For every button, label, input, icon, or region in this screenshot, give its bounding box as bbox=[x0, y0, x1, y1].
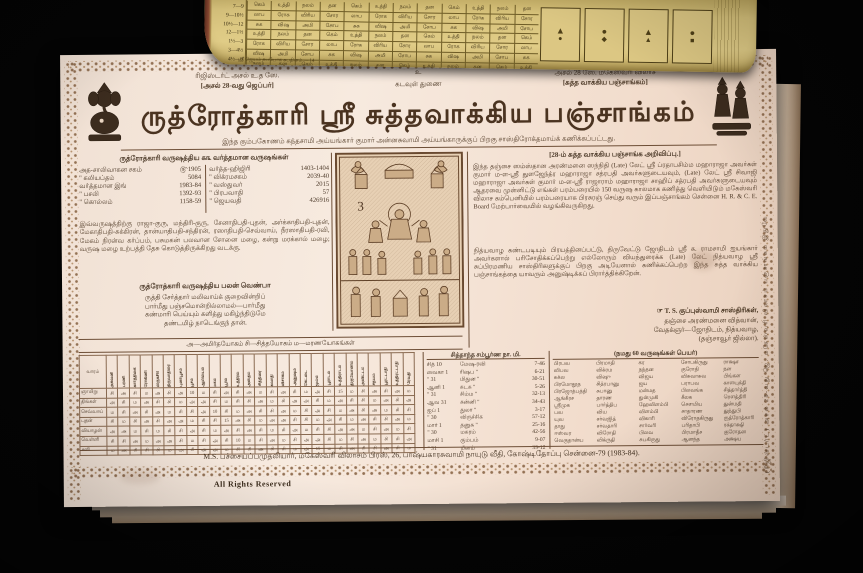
yoga-legend: அ—அமிர்தயோகம் சி—சித்தயோகம் ம—மரணயோகங்கள… bbox=[79, 339, 463, 350]
yoga-cell: ம bbox=[152, 426, 163, 436]
yoga-cell: அ bbox=[244, 425, 255, 435]
sixty-grid: பிரபவபிரமாதிகரசோபகிருதுராக்ஷசவிபவவிக்ரமந… bbox=[553, 359, 766, 445]
nakshatra-header: அனுஷம் bbox=[289, 354, 301, 387]
woodcut-number: 3 bbox=[357, 198, 364, 213]
yoga-cell: சி bbox=[380, 415, 391, 425]
strip-footer-note: ஸ்ரீ ஜெயம் சுபயோக சுபதினம் — 14 bbox=[238, 57, 315, 64]
era-name: அத-சாலிவாகன சகம் bbox=[79, 166, 142, 174]
yoga-cell: சி bbox=[358, 405, 369, 415]
yoga-cell: சி bbox=[141, 407, 152, 417]
gowri-cell: நலம் bbox=[368, 32, 392, 42]
nakshatra-header: ரேவதி bbox=[403, 353, 415, 386]
yoga-cell: அ bbox=[369, 405, 380, 415]
yoga-cell: அ bbox=[232, 416, 243, 426]
era-value: 1983-84 bbox=[179, 182, 201, 190]
yoga-cell: ம bbox=[129, 398, 140, 408]
yoga-cell: அ bbox=[164, 436, 175, 446]
yoga-cell: அ bbox=[380, 395, 391, 405]
yoga-cell: ம bbox=[312, 415, 323, 425]
yoga-cell: சி bbox=[392, 434, 403, 444]
yoga-cell: அ bbox=[152, 407, 163, 417]
yoga-cell: ம bbox=[335, 434, 346, 444]
gowri-cell: தன bbox=[295, 31, 319, 41]
yoga-cell: அ bbox=[152, 388, 163, 398]
yoga-cell: சி bbox=[129, 388, 140, 398]
gowri-cell: அமி bbox=[368, 51, 392, 61]
yoga-cell: அ bbox=[346, 424, 357, 434]
gowri-cell: தன bbox=[489, 34, 513, 44]
yoga-cell: அ bbox=[346, 405, 357, 415]
deity-thumbnail: ▲● bbox=[540, 7, 581, 62]
yoga-cell: அ bbox=[130, 436, 141, 446]
era-row: " கொல்லம்1158-59 bbox=[79, 198, 201, 207]
gowri-cell: சோப bbox=[489, 53, 513, 63]
yoga-cell: சி bbox=[369, 424, 380, 434]
yoga-cell: அ bbox=[107, 427, 118, 437]
nakshatra-label: அனுஷம் bbox=[292, 369, 296, 387]
gowri-cell: உத்தி bbox=[441, 33, 465, 43]
deity-thumbnail: ●◆ bbox=[584, 8, 625, 63]
gowri-cell: ரோக bbox=[271, 11, 295, 21]
yoga-cell: சி bbox=[278, 425, 289, 435]
gowri-cell: சுக bbox=[441, 23, 465, 33]
samvatsara-name: ஆனந்த bbox=[681, 437, 723, 444]
gowri-cell: சோர bbox=[417, 13, 441, 23]
gowri-cell: விரிய bbox=[270, 40, 294, 50]
yoga-cell: சி bbox=[106, 388, 117, 398]
gowri-cell: கெம் bbox=[247, 1, 271, 11]
nakshatra-label: உத்திரட்டாதி bbox=[395, 361, 399, 385]
nakshatra-header: அவிட்டம் bbox=[357, 353, 369, 386]
nakshatra-label: அஸ்தம் bbox=[247, 371, 251, 386]
gowri-cell: ரோக bbox=[246, 40, 270, 50]
yoga-header-row: வாரம்அசுவனிபரணிகார்த்திகைரோகிணிமிருகசீரி… bbox=[79, 353, 414, 389]
yoga-cell: ம bbox=[369, 395, 380, 405]
nakshatra-header: மகம் bbox=[209, 354, 221, 387]
yoga-cell: அ bbox=[335, 396, 346, 406]
yoga-cell: அ bbox=[221, 387, 232, 397]
nakshatra-label: மிருகசீரி bbox=[156, 371, 160, 387]
weekday-label: வெள்ளி bbox=[80, 436, 107, 446]
yoga-cell: சி bbox=[278, 396, 289, 406]
yoga-cell: அ bbox=[358, 415, 369, 425]
yoga-cell: சி bbox=[209, 387, 220, 397]
yoga-cell: ம bbox=[369, 434, 380, 444]
yoga-cell: அ bbox=[210, 435, 221, 445]
deity-thumbnail: ●■ bbox=[672, 9, 713, 64]
era-value: ௹1905 bbox=[180, 166, 201, 174]
yoga-cell: ம bbox=[323, 396, 334, 406]
yoga-cell: சி bbox=[266, 387, 277, 397]
gowri-cell: விஷ bbox=[368, 22, 392, 32]
yoga-cell: ம bbox=[300, 386, 311, 396]
yoga-cell: சி bbox=[255, 406, 266, 416]
nakshatra-label: ஆயில்யம் bbox=[201, 367, 205, 387]
yoga-cell: அ bbox=[118, 426, 129, 436]
yoga-cell: சி bbox=[323, 405, 334, 415]
yoga-cell: சி bbox=[118, 436, 129, 446]
transit-table-title: சித்தாந்த சம்பூர்ண நா. மி. bbox=[427, 351, 545, 360]
nakshatra-label: சதயம் bbox=[372, 373, 376, 385]
yoga-cell: சி bbox=[403, 424, 415, 434]
nakshatra-header: மிருகசீரி bbox=[152, 355, 164, 388]
yoga-cell: அ bbox=[381, 424, 392, 434]
yoga-cell: சி bbox=[324, 434, 335, 444]
deity-woodcut-illustration: 3 bbox=[335, 152, 465, 329]
nakshatra-header: சுவாதி bbox=[266, 354, 278, 387]
yoga-cell: அ bbox=[369, 386, 380, 396]
gowri-cell: சோர bbox=[514, 15, 538, 25]
gowri-cell: சுக bbox=[416, 52, 440, 62]
yoga-cell: ம bbox=[392, 424, 403, 434]
nakshatra-label: பரணி bbox=[121, 376, 125, 388]
sixty-years-title: (நமது 60 வருஷங்கள் பெயர்) bbox=[553, 349, 759, 359]
sixty-years-table: பிரபவபிரமாதிகரசோபகிருதுராக்ஷசவிபவவிக்ரமந… bbox=[553, 359, 760, 445]
gowri-cell: லாப bbox=[514, 44, 538, 54]
gowri-cell: ரோக bbox=[368, 12, 392, 22]
announcement-paragraph-1: இந்த தஞ்சை ஸம்ஸ்தான அரண்மனை ஸந்நிதி (Lat… bbox=[473, 161, 757, 212]
yoga-cell: அ bbox=[289, 396, 300, 406]
nakshatra-label: சித்திரை bbox=[258, 371, 262, 387]
yoga-cell: சி bbox=[152, 397, 163, 407]
nakshatra-label: திருவோணம் bbox=[349, 360, 353, 385]
yoga-cell: ம bbox=[346, 386, 357, 396]
gowri-cell: நலம் bbox=[271, 30, 295, 40]
yoga-cell: அ bbox=[403, 434, 415, 444]
nakshatra-label: ரேவதி bbox=[406, 373, 410, 386]
yoga-cell: அ bbox=[152, 436, 163, 446]
margin-vertical-note: (ரிஜிஸ்டர்ட்) அசல் 28-வது ஜெ. மகேஸ்வரி வ… bbox=[760, 93, 775, 473]
yoga-grid: வாரம்அசுவனிபரணிகார்த்திகைரோகிணிமிருகசீரி… bbox=[79, 352, 416, 456]
yoga-cell: சி bbox=[186, 407, 197, 417]
nakshatra-header: பூரம் bbox=[220, 354, 232, 387]
yoga-cell: ம bbox=[289, 406, 300, 416]
transit-table: சித் 10மேஷ-ரவி7-46வைகா 1ரிஷப "6-21" 31மி… bbox=[427, 361, 546, 453]
gowri-cell: தன bbox=[514, 5, 538, 15]
strip-margin-lines bbox=[714, 0, 741, 72]
nakshatra-header: உத்திரட்டாதி bbox=[391, 353, 403, 386]
yoga-cell: அ bbox=[141, 397, 152, 407]
era-value: 426916 bbox=[310, 196, 330, 204]
yoga-cell: சி bbox=[221, 406, 232, 416]
gowri-cell: உத்தி bbox=[466, 4, 490, 14]
signature-name: ☞ T. S. குப்புஸ்வாமி சாஸ்திரிகள், bbox=[514, 307, 758, 318]
yoga-cell: 10 bbox=[232, 435, 243, 445]
nakshatra-label: அசுவனி bbox=[110, 371, 114, 387]
gowri-cell: விஷ bbox=[440, 52, 464, 62]
yoga-cell: சி bbox=[209, 397, 220, 407]
gowri-cell: தன bbox=[320, 2, 344, 12]
yoga-cell: அ bbox=[278, 415, 289, 425]
yoga-cell: சி bbox=[244, 416, 255, 426]
yoga-cell: சி bbox=[198, 426, 209, 436]
divider bbox=[549, 351, 551, 449]
nakshatra-header: மூலம் bbox=[311, 353, 323, 386]
yoga-cell: சி bbox=[118, 398, 129, 408]
yoga-cell: சி bbox=[164, 426, 175, 436]
yoga-cell: அ bbox=[175, 416, 186, 426]
yoga-cell: ம bbox=[266, 396, 277, 406]
gowri-cell: தன bbox=[417, 3, 441, 13]
almanac-page: ரிஜிஸ்டர்ட் அசல் உ.த ஸே. [அசல் 28-வது ஜெ… bbox=[60, 49, 780, 507]
yoga-cell: அ bbox=[107, 398, 118, 408]
gowri-cell: சோப bbox=[319, 21, 343, 31]
yoga-cell: அ bbox=[186, 397, 197, 407]
nakshatra-header: உத்திராடம் bbox=[334, 353, 346, 386]
yoga-cell: ம bbox=[187, 435, 198, 445]
yoga-cell: சி bbox=[232, 387, 243, 397]
weekday-label: ஞாயிறு bbox=[79, 388, 106, 398]
divider bbox=[205, 165, 206, 213]
floral-border-bottom bbox=[72, 461, 772, 478]
yoga-cell: சி bbox=[289, 415, 300, 425]
signature-details: தஞ்சை அரண்மனை வித்வான், வேதக்ஞர்—ஜோதிடம்… bbox=[514, 317, 758, 346]
gowri-cell: ரோக bbox=[465, 14, 489, 24]
era-value: 1403-1404 bbox=[300, 165, 329, 173]
gowri-cell: சோர bbox=[489, 43, 513, 53]
gowri-cell: சோப bbox=[392, 52, 416, 62]
gowri-cell: விஷ bbox=[465, 24, 489, 34]
yoga-cell: அ bbox=[289, 425, 300, 435]
era-row: " ஜெயவதி426916 bbox=[209, 196, 329, 205]
year-benefit-verse: ருத்தி சேர்த்தார் மலிவாய்க் குறைவின்றிப்… bbox=[80, 293, 330, 329]
gowri-cell: லாப bbox=[319, 41, 343, 51]
gowri-cell: உத்தி bbox=[368, 3, 392, 13]
deity-thumbnails: ▲● ●◆ ▲▲ ●■ bbox=[538, 0, 715, 72]
deity-glyph: ▲ bbox=[645, 37, 652, 44]
gowri-cell: சோப bbox=[514, 24, 538, 34]
yoga-cell: அ bbox=[118, 388, 129, 398]
yoga-cell: சி bbox=[243, 397, 254, 407]
nakshatra-label: புனர்பூசம் bbox=[178, 368, 182, 387]
yoga-cell: ம bbox=[255, 416, 266, 426]
gowri-cell: கெம் bbox=[441, 4, 465, 14]
nakshatra-label: உத்திரம் bbox=[235, 371, 239, 387]
yoga-cell: அ bbox=[198, 397, 209, 407]
samvatsara-name: சுபகிருது bbox=[638, 437, 680, 444]
nakshatra-label: திருவாதிரை bbox=[167, 364, 171, 387]
nakshatra-header: பூரட்டாதி bbox=[380, 353, 392, 386]
nakshatra-header: அஸ்தம் bbox=[243, 354, 255, 387]
yoga-cell: ம bbox=[221, 397, 232, 407]
yoga-cell: ம bbox=[346, 415, 357, 425]
divider bbox=[423, 352, 425, 450]
yoga-cell: சி bbox=[357, 386, 368, 396]
deity-glyph: ● bbox=[558, 36, 562, 43]
yoga-cell: சி bbox=[209, 416, 220, 426]
nakshatra-header: பூராடம் bbox=[323, 353, 335, 386]
header-right-line2: [சுத்த வாக்கிய பஞ்சாங்கம்] bbox=[510, 78, 700, 88]
gowri-cell: அமி bbox=[465, 53, 489, 63]
yoga-cell: சி bbox=[232, 425, 243, 435]
yoga-cell: அ bbox=[278, 387, 289, 397]
gowri-cell: சுக bbox=[513, 54, 537, 64]
nakshatra-header: திருவோணம் bbox=[346, 353, 358, 386]
gowri-cell: அமி bbox=[295, 21, 319, 31]
yoga-cell: சி bbox=[152, 417, 163, 427]
yoga-cell: சி bbox=[232, 397, 243, 407]
gowri-cell: நலம் bbox=[295, 1, 319, 11]
yoga-cell: அ bbox=[312, 406, 323, 416]
yoga-cell: அ bbox=[243, 387, 254, 397]
gowri-cell: சுக bbox=[319, 51, 343, 61]
yoga-cell: சி bbox=[392, 405, 403, 415]
yoga-cell: ம bbox=[118, 417, 129, 427]
yoga-table-container: வாரம்அசுவனிபரணிகார்த்திகைரோகிணிமிருகசீரி… bbox=[79, 352, 420, 456]
announcement-title: [28-ம் சுத்த வாக்கிய பஞ்சாங்க அறிவிப்பு.… bbox=[473, 149, 757, 160]
yoga-cell: சி bbox=[164, 397, 175, 407]
nakshatra-header: உத்திரம் bbox=[232, 354, 244, 387]
gowri-cell: சோர bbox=[392, 42, 416, 52]
nakshatra-label: ரோகிணி bbox=[144, 370, 148, 387]
era-value: 1392-93 bbox=[179, 190, 201, 198]
yoga-cell: அ bbox=[221, 426, 232, 436]
yoga-cell: சி bbox=[175, 426, 186, 436]
nakshatra-label: சுவாதி bbox=[270, 374, 274, 386]
weekday-label: வியாழன் bbox=[80, 427, 107, 437]
nakshatra-header: விசாகம் bbox=[277, 354, 289, 387]
header-center-invocation: கடவுள் துணை bbox=[360, 80, 476, 89]
gowri-cell: விஷ bbox=[271, 21, 295, 31]
yoga-cell: சி bbox=[289, 435, 300, 445]
yoga-cell: அ bbox=[323, 415, 334, 425]
yoga-cell: 10 bbox=[186, 387, 197, 397]
gowri-cell: சோர bbox=[319, 12, 343, 22]
divider bbox=[331, 153, 334, 331]
gowri-cell: சோர bbox=[295, 40, 319, 50]
gowri-cell: லாப bbox=[344, 12, 368, 22]
era-value: 2015 bbox=[316, 181, 329, 189]
yoga-cell: சி bbox=[163, 388, 174, 398]
yoga-cell: சி bbox=[335, 415, 346, 425]
era-row: அத-சாலிவாகன சகம்௹1905 bbox=[79, 166, 201, 175]
gowri-cell: நலம் bbox=[393, 3, 417, 13]
yoga-cell: சி bbox=[266, 406, 277, 416]
yoga-cell: சி bbox=[255, 425, 266, 435]
yoga-cell: அ bbox=[392, 386, 403, 396]
yoga-cell: ம bbox=[244, 435, 255, 445]
nakshatra-label: பூராடம் bbox=[327, 371, 331, 386]
yoga-cell: ம bbox=[380, 405, 391, 415]
deity-glyph: ◆ bbox=[601, 36, 606, 43]
weekday-label: செவ்வாய் bbox=[80, 407, 107, 417]
era-value: 2039-40 bbox=[307, 173, 329, 181]
nakshatra-label: பூரம் bbox=[224, 378, 228, 387]
yoga-cell: ம bbox=[266, 425, 277, 435]
yoga-cell: ம bbox=[255, 387, 266, 397]
nakshatra-label: பூசம் bbox=[190, 378, 194, 387]
gowri-cell: நலம் bbox=[490, 4, 514, 14]
gowri-cell: நலம் bbox=[465, 33, 489, 43]
nakshatra-label: கேட்டை bbox=[304, 370, 308, 386]
weekday-label: திங்கள் bbox=[80, 398, 107, 408]
yoga-cell: அ bbox=[358, 434, 369, 444]
yoga-cell: ம bbox=[232, 406, 243, 416]
nakshatra-label: கார்த்திகை bbox=[133, 368, 137, 388]
gowri-cell: ரோக bbox=[343, 41, 367, 51]
gowri-cell: கெம் bbox=[319, 31, 343, 41]
nakshatra-header: சித்திரை bbox=[254, 354, 266, 387]
gowri-cell: அமி bbox=[490, 24, 514, 34]
weekday-column-header: வாரம் bbox=[79, 355, 106, 388]
gowri-cell: லாப bbox=[416, 42, 440, 52]
nakshatra-label: உத்திராடம் bbox=[338, 365, 342, 386]
yoga-cell: ம bbox=[335, 405, 346, 415]
yoga-cell: அ bbox=[312, 434, 323, 444]
yoga-cell: சி bbox=[403, 405, 415, 415]
header-center-mark: உ bbox=[390, 68, 446, 77]
nakshatra-header: கேட்டை bbox=[300, 353, 312, 386]
yoga-cell: அ bbox=[164, 416, 175, 426]
yoga-cell: சி bbox=[198, 435, 209, 445]
nakshatra-label: மகம் bbox=[213, 377, 217, 386]
yoga-cell: அ bbox=[267, 435, 278, 445]
samvatsara-name: விக்ருதி bbox=[596, 437, 638, 444]
yoga-cell: அ bbox=[266, 416, 277, 426]
yoga-cell: அ bbox=[312, 386, 323, 396]
samvatsara-name: அக்ஷய bbox=[723, 436, 765, 443]
photograph-of-almanac-page: ரிஜிஸ்டர்ட் அசல் உ.த ஸே. [அசல் 28-வது ஜெ… bbox=[0, 0, 863, 573]
gowri-cell: விரிய bbox=[490, 14, 514, 24]
nakshatra-header: சதயம் bbox=[368, 353, 380, 386]
era-name: வர்த்தமான இங் bbox=[79, 182, 126, 190]
gowri-cell: உத்தி bbox=[246, 30, 270, 40]
yoga-cell: ம bbox=[198, 387, 209, 397]
yoga-cell: சி bbox=[255, 435, 266, 445]
yoga-cell: அ bbox=[403, 395, 415, 405]
gowri-cell: அமி bbox=[392, 22, 416, 32]
gowri-cell: விஷ bbox=[343, 51, 367, 61]
nakshatra-header: அசுவனி bbox=[106, 355, 118, 388]
era-name: " கொல்லம் bbox=[79, 198, 112, 206]
yoga-cell: அ bbox=[255, 396, 266, 406]
gowri-cell: சுக bbox=[246, 20, 270, 30]
announcement-paragraph-2: நித்யவாழ கண்டபடியும் பிரயத்தினப்பட்டு, த… bbox=[474, 245, 758, 280]
nakshatra-header: புனர்பூசம் bbox=[175, 355, 187, 388]
yoga-cell: ம bbox=[141, 388, 152, 398]
yoga-cell: சி bbox=[130, 417, 141, 427]
deity-thumbnail: ▲▲ bbox=[628, 9, 669, 64]
yoga-cell: ம bbox=[175, 397, 186, 407]
yoga-cell: சி bbox=[198, 416, 209, 426]
nakshatra-header: திருவாதிரை bbox=[163, 355, 175, 388]
gowri-cell: சோப bbox=[417, 23, 441, 33]
yoga-cell: அ bbox=[243, 406, 254, 416]
gowri-cell: ரோக bbox=[441, 43, 465, 53]
gowri-times-column: 7—99—10½10½—1212—1½1½—33—4½4½—6 bbox=[211, 0, 246, 65]
nakshatra-label: விசாகம் bbox=[281, 371, 285, 386]
yoga-cell: சி bbox=[141, 426, 152, 436]
yoga-cell: 15 bbox=[335, 386, 346, 396]
samvatsara-name: வெகுதான்ய bbox=[553, 438, 595, 445]
gowri-cell: சுக bbox=[344, 22, 368, 32]
nakshatra-label: மூலம் bbox=[315, 374, 319, 386]
yoga-cell: ம bbox=[278, 435, 289, 445]
yoga-cell: ம bbox=[107, 407, 118, 417]
yoga-cell: ம bbox=[301, 425, 312, 435]
gowri-cell: கெம் bbox=[514, 34, 538, 44]
era-name: " பசலி bbox=[79, 191, 99, 199]
yoga-cell: அ bbox=[141, 417, 152, 427]
nakshatra-header: ஆயில்யம் bbox=[197, 354, 209, 387]
yoga-cell: சி bbox=[175, 436, 186, 446]
yoga-cell: சி bbox=[221, 435, 232, 445]
nakshatra-label: அவிட்டம் bbox=[361, 366, 365, 385]
yoga-cell: ம bbox=[187, 416, 198, 426]
yoga-cell: ம bbox=[209, 426, 220, 436]
gowri-cell: லாப bbox=[441, 13, 465, 23]
yoga-cell: அ bbox=[300, 396, 311, 406]
